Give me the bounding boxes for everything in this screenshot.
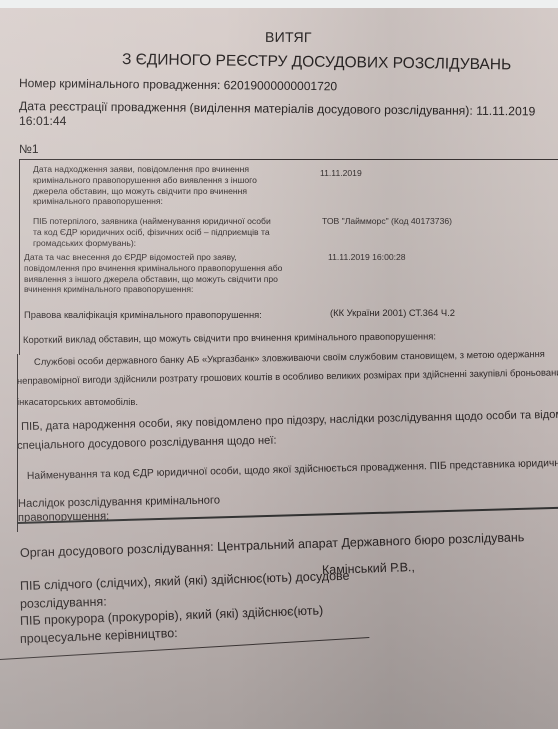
label-line: та код ЄДР юридичних осіб, фізичних осіб… <box>33 227 271 238</box>
prosecutor-label-line: процесуальне керівництво: <box>20 626 178 646</box>
authority-label: Орган досудового розслідування: <box>20 540 214 560</box>
document-subtitle: З ЄДИНОГО РЕЄСТРУ ДОСУДОВИХ РОЗСЛІДУВАНЬ <box>122 51 511 74</box>
label-line: джерела обставин, що можуть свідчити про… <box>33 186 257 197</box>
entry-datetime-value: 11.11.2019 16:00:28 <box>328 252 406 263</box>
label-line: виявлення з іншого джерела обставин, що … <box>24 274 282 285</box>
legal-qualification-label: Правова кваліфікація кримінального право… <box>24 309 262 320</box>
victim-label: ПІБ потерпілого, заявника (найменування … <box>33 216 271 248</box>
authority-value: Центральний апарат Державного бюро розсл… <box>217 530 525 554</box>
label-line: повідомлення про вчинення кримінального … <box>24 263 282 274</box>
registration-row: Дата реєстрації провадження (виділення м… <box>19 99 535 118</box>
receipt-date-label: Дата надходження заяви, повідомлення про… <box>33 164 257 207</box>
label-line: ПІБ потерпілого, заявника (найменування … <box>33 216 271 227</box>
entry-datetime-label: Дата та час внесення до ЄРДР відомостей … <box>24 252 282 295</box>
case-number-value: 62019000000001720 <box>224 78 338 93</box>
authority-row: Орган досудового розслідування: Централь… <box>20 530 525 560</box>
victim-value: ТОВ "Лаймморс" (Код 40173736) <box>322 216 452 227</box>
registration-time: 16:01:44 <box>19 114 66 128</box>
label-line: кримінального правопорушення або виявлен… <box>33 175 257 186</box>
legal-qualification-value: (КК України 2001) СТ.364 Ч.2 <box>330 307 455 318</box>
case-number-label: Номер кримінального провадження: <box>19 76 220 92</box>
label-line: Дата надходження заяви, повідомлення про… <box>33 164 257 175</box>
label-line: вчинення кримінального правопорушення: <box>24 284 282 295</box>
investigator-value: Камінський Р.В., <box>322 560 415 577</box>
label-line: Дата та час внесення до ЄРДР відомостей … <box>24 252 282 263</box>
investigator-label-line: ПІБ слідчого (слідчих), який (які) здійс… <box>20 569 350 593</box>
document-title: ВИТЯГ <box>265 29 312 45</box>
section-number: №1 <box>19 142 39 156</box>
registration-date: 11.11.2019 <box>476 104 535 119</box>
summary-text-line: інкасаторських автомобілів. <box>17 396 138 407</box>
investigator-label-line: розслідування: <box>20 595 107 611</box>
case-number-row: Номер кримінального провадження: 6201900… <box>19 76 337 93</box>
document-page: ВИТЯГ З ЄДИНОГО РЕЄСТРУ ДОСУДОВИХ РОЗСЛІ… <box>0 8 558 729</box>
label-line: громадських формувань): <box>33 238 271 249</box>
receipt-date-value: 11.11.2019 <box>320 168 362 179</box>
registration-label: Дата реєстрації провадження (виділення м… <box>19 99 473 118</box>
label-line: кримінального правопорушення: <box>33 196 257 207</box>
